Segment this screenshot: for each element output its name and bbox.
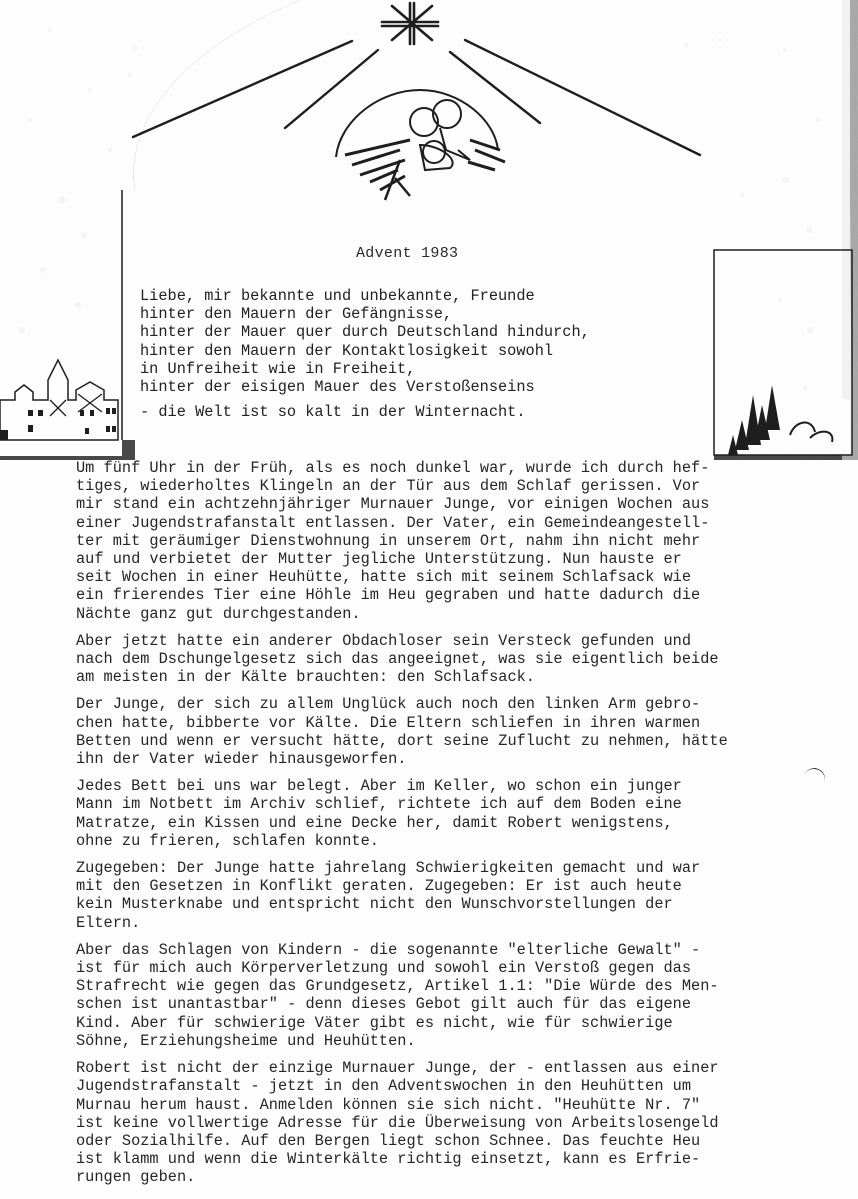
text-line: rungen geben. bbox=[76, 1168, 856, 1186]
text-line: Murnau herum haust. Anmelden können sie … bbox=[76, 1096, 856, 1114]
text-line: Mann im Notbett im Archiv schlief, richt… bbox=[76, 795, 856, 813]
text-line: chen hatte, bibberte vor Kälte. Die Elte… bbox=[76, 714, 856, 732]
text-line: Eltern. bbox=[76, 914, 856, 932]
text-line: ist für mich auch Körperverletzung und s… bbox=[76, 959, 856, 977]
poem-line: in Unfreiheit wie in Freiheit, bbox=[140, 360, 700, 378]
text-line: Jedes Bett bei uns war belegt. Aber im K… bbox=[76, 777, 856, 795]
text-line: Aber jetzt hatte ein anderer Obdachloser… bbox=[76, 632, 856, 650]
text-line: auf und verbietet der Mutter jegliche Un… bbox=[76, 550, 856, 568]
text-line: Kind. Aber für schwierige Väter gibt es … bbox=[76, 1014, 856, 1032]
text-line: Zugegeben: Der Junge hatte jahrelang Sch… bbox=[76, 859, 856, 877]
poem-line: - die Welt ist so kalt in der Winternach… bbox=[140, 403, 700, 421]
text-line: kein Musterknabe und entspricht nicht de… bbox=[76, 895, 856, 913]
text-line: Robert ist nicht der einzige Murnauer Ju… bbox=[76, 1059, 856, 1077]
text-line: schen ist unantastbar" - denn dieses Geb… bbox=[76, 995, 856, 1013]
paragraph: Um fünf Uhr in der Früh, als es noch dun… bbox=[76, 459, 856, 623]
town-houses-icon bbox=[0, 190, 122, 456]
text-line: Der Junge, der sich zu allem Unglück auc… bbox=[76, 695, 856, 713]
text-line: mir stand ein achtzehnjähriger Murnauer … bbox=[76, 495, 856, 513]
paragraph: Aber jetzt hatte ein anderer Obdachloser… bbox=[76, 632, 856, 687]
text-line: ist keine vollwertige Adresse für die Üb… bbox=[76, 1114, 856, 1132]
poem-line: hinter der eisigen Mauer des Verstoßense… bbox=[140, 378, 700, 396]
text-line: tiges, wiederholtes Klingeln an der Tür … bbox=[76, 477, 856, 495]
paragraph: Robert ist nicht der einzige Murnauer Ju… bbox=[76, 1059, 856, 1186]
poem-line: hinter der Mauer quer durch Deutschland … bbox=[140, 323, 700, 341]
document-page: Advent 1983 Liebe, mir bekannte und unbe… bbox=[0, 0, 858, 1199]
text-line: Jugendstrafanstalt - jetzt in den Advent… bbox=[76, 1077, 856, 1095]
text-line: ohne zu frieren, schlafen konnte. bbox=[76, 832, 856, 850]
paragraph: Der Junge, der sich zu allem Unglück auc… bbox=[76, 695, 856, 768]
document-title: Advent 1983 bbox=[356, 245, 458, 262]
text-line: am meisten in der Kälte brauchten: den S… bbox=[76, 668, 856, 686]
poem-line: hinter den Mauern der Kontaktlosigkeit s… bbox=[140, 342, 700, 360]
text-line: oder Sozialhilfe. Auf den Bergen liegt s… bbox=[76, 1132, 856, 1150]
text-line: ter mit geräumiger Dienstwohnung in unse… bbox=[76, 532, 856, 550]
text-line: Betten und wenn er versucht hätte, dort … bbox=[76, 732, 856, 750]
text-line: mit den Gesetzen in Konflikt geraten. Zu… bbox=[76, 877, 856, 895]
paragraph: Zugegeben: Der Junge hatte jahrelang Sch… bbox=[76, 859, 856, 932]
poem-line: hinter den Mauern der Gefängnisse, bbox=[140, 305, 700, 323]
poem-line: Liebe, mir bekannte und unbekannte, Freu… bbox=[140, 287, 700, 305]
paragraph: Jedes Bett bei uns war belegt. Aber im K… bbox=[76, 777, 856, 850]
text-line: ein frierendes Tier eine Höhle im Heu ge… bbox=[76, 586, 856, 604]
text-line: Nächte ganz gut durchgestanden. bbox=[76, 605, 856, 623]
letter-body: Um fünf Uhr in der Früh, als es noch dun… bbox=[76, 459, 856, 1196]
text-line: Matratze, ein Kissen und eine Decke her,… bbox=[76, 814, 856, 832]
paragraph: Aber das Schlagen von Kindern - die soge… bbox=[76, 941, 856, 1050]
text-line: ihn der Vater wieder hinausgeworfen. bbox=[76, 750, 856, 768]
text-line: seit Wochen in einer Heuhütte, hatte sic… bbox=[76, 568, 856, 586]
text-line: nach dem Dschungelgesetz sich das angeei… bbox=[76, 650, 856, 668]
text-line: ist klamm und wenn die Winterkälte richt… bbox=[76, 1150, 856, 1168]
text-line: Strafrecht wie gegen das Grundgesetz, Ar… bbox=[76, 977, 856, 995]
snowy-trees-icon bbox=[714, 250, 852, 455]
text-line: Aber das Schlagen von Kindern - die soge… bbox=[76, 941, 856, 959]
text-line: Söhne, Erziehungsheime und Heuhütten. bbox=[76, 1032, 856, 1050]
text-line: einer Jugendstrafanstalt entlassen. Der … bbox=[76, 514, 856, 532]
poem-block: Liebe, mir bekannte und unbekannte, Freu… bbox=[140, 287, 700, 421]
text-line: Um fünf Uhr in der Früh, als es noch dun… bbox=[76, 459, 856, 477]
